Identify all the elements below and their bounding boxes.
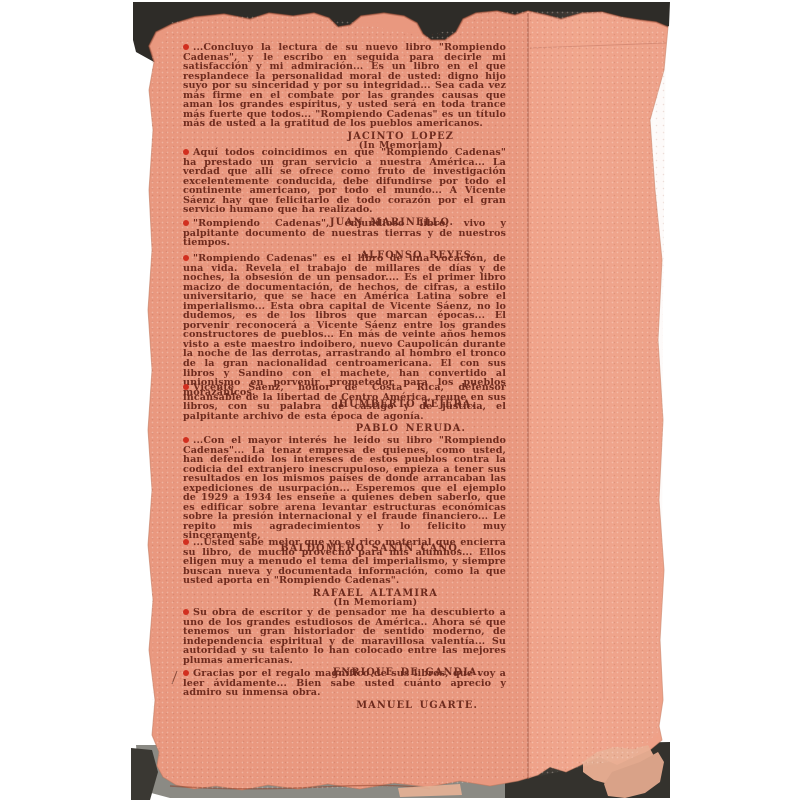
red-bullet-icon: [183, 44, 189, 50]
quote-text: ...Usted sabe mejor que yo el rico mater…: [183, 537, 506, 586]
testimonial-baldomero-sanin-cano: ...Con el mayor interés he leído su libr…: [183, 436, 506, 554]
jacket-photo: ...Concluyo la lectura de su nuevo libro…: [0, 0, 800, 800]
testimonial-pablo-neruda: Vicente Sáenz, honor de Costa Rica, defe…: [183, 383, 506, 434]
red-bullet-icon: [183, 539, 189, 545]
testimonial-manuel-ugarte: Gracias por el regalo magnífico de sus l…: [183, 669, 506, 710]
signature-name: MANUEL UGARTE.: [356, 701, 478, 711]
red-bullet-icon: [183, 255, 189, 261]
testimonial-jacinto-lopez: ...Concluyo la lectura de su nuevo libro…: [183, 43, 506, 151]
testimonial-rafael-altamira: ...Usted sabe mejor que yo el rico mater…: [183, 538, 506, 608]
quote-text: Vicente Sáenz, honor de Costa Rica, defe…: [183, 382, 506, 422]
red-bullet-icon: [183, 437, 189, 443]
red-bullet-icon: [183, 149, 189, 155]
testimonial-juan-marinello: Aquí todos coincidimos en que "Rompiendo…: [183, 148, 506, 227]
quote-text: Gracias por el regalo magnífico de sus l…: [183, 668, 506, 698]
quote-text: Aquí todos coincidimos en que "Rompiendo…: [183, 147, 506, 215]
signature-block: PABLO NERUDA.: [183, 424, 506, 434]
quote-text: "Rompiendo Cadenas", enjundioso libro, v…: [183, 218, 506, 248]
signature-block: RAFAEL ALTAMIRA (In Memoriam): [183, 589, 506, 608]
signature-name: PABLO NERUDA.: [356, 424, 466, 434]
red-bullet-icon: [183, 220, 189, 226]
quote-text: ...Concluyo la lectura de su nuevo libro…: [183, 42, 506, 129]
red-bullet-icon: [183, 609, 189, 615]
quote-text: "Rompiendo Cadenas" es el libro de una v…: [183, 253, 506, 398]
quote-text: ...Con el mayor interés he leído su libr…: [183, 435, 506, 541]
red-bullet-icon: [183, 670, 189, 676]
red-bullet-icon: [183, 384, 189, 390]
quote-text: Su obra de escritor y de pensador me ha …: [183, 607, 506, 666]
signature-block: MANUEL UGARTE.: [183, 701, 506, 711]
testimonials-text: ...Concluyo la lectura de su nuevo libro…: [0, 0, 800, 800]
